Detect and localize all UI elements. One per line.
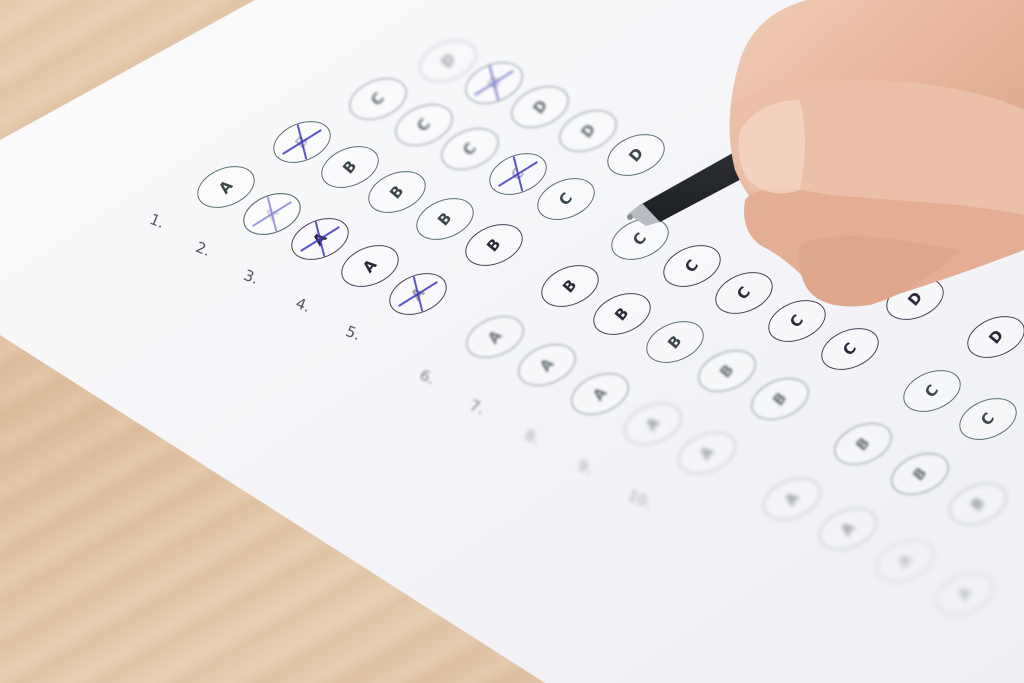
hand-with-pen — [0, 0, 1024, 683]
hand-icon — [730, 0, 1024, 306]
photo-scene: 1. 2. 3. 4. 5. 6. 7. 8. 9. 10. A A A A A… — [0, 0, 1024, 683]
